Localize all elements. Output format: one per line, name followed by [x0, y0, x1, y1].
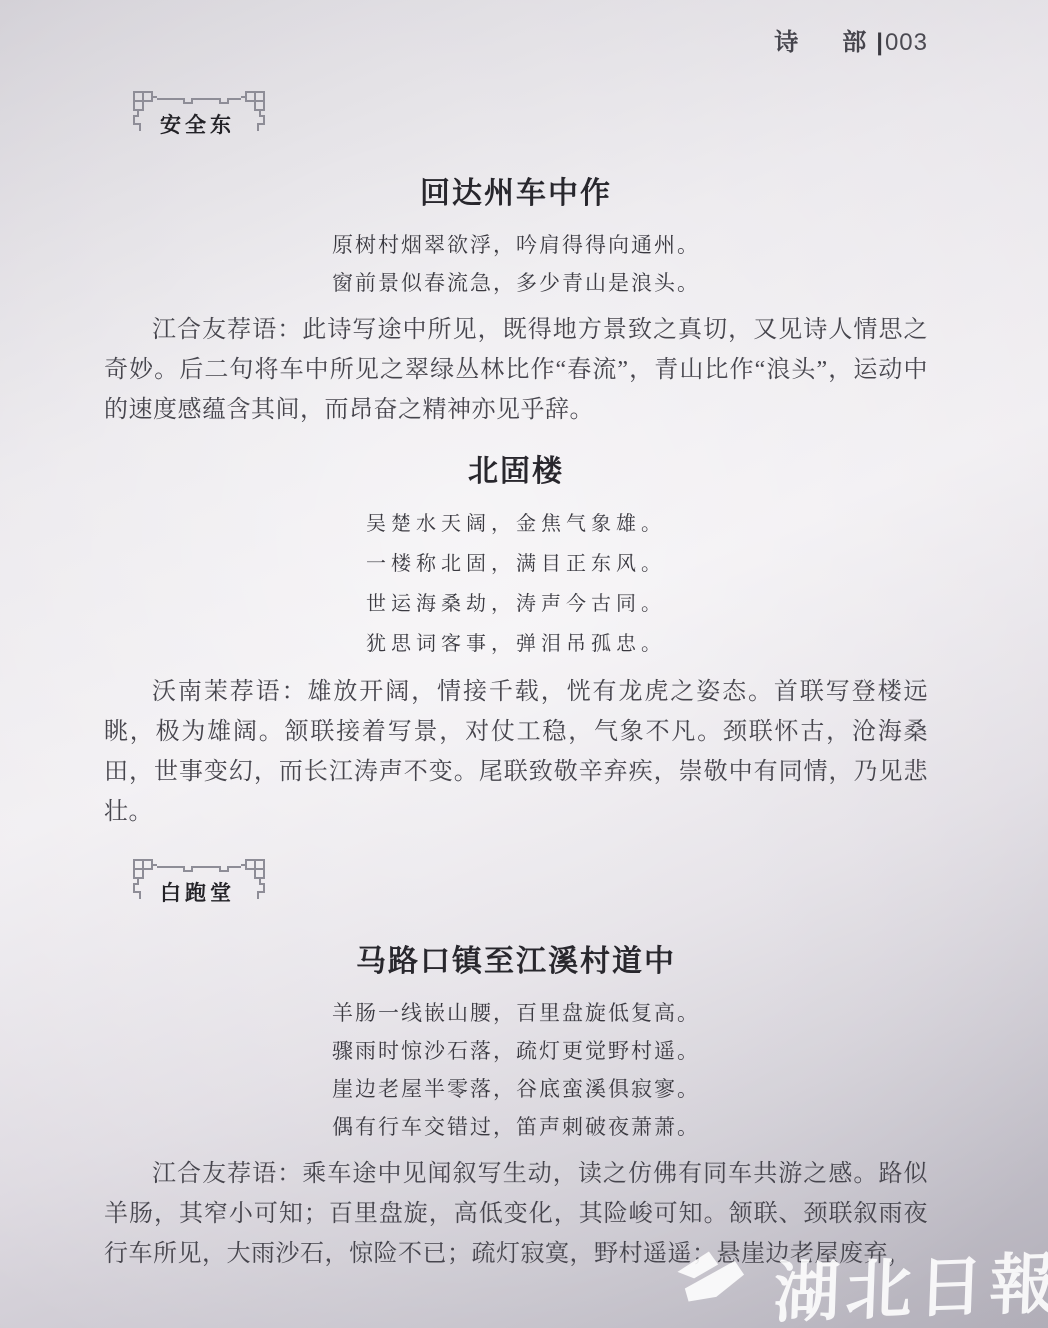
poem-line: 犹思词客事，弹泪吊孤忠。	[104, 624, 928, 664]
commentary: 沃南茉荐语：雄放开阔，情接千载，恍有龙虎之姿态。首联写登楼远眺，极为雄阔。颔联接…	[104, 672, 928, 832]
poem-line: 一楼称北固，满目正东风。	[104, 544, 928, 584]
author-frame: 安全东	[130, 90, 268, 148]
page-header: 诗 部|003	[104, 26, 928, 60]
poem-line: 吴楚水天阔，金焦气象雄。	[104, 504, 928, 544]
author-name: 安全东	[160, 109, 235, 139]
poem-title: 回达州车中作	[104, 174, 928, 214]
poem-line: 原树村烟翠欲浮，吟肩得得向通州。	[104, 226, 928, 264]
poem-line: 窗前景似春流急，多少青山是浪头。	[104, 264, 928, 302]
poem-body: 羊肠一线嵌山腰，百里盘旋低复高。 骤雨时惊沙石落，疏灯更觉野村遥。 崖边老屋半零…	[104, 994, 928, 1146]
author-name: 白跑堂	[160, 877, 235, 907]
commentary: 江合友荐语：乘车途中见闻叙写生动，读之仿佛有同车共游之感。路似羊肠，其窄小可知；…	[104, 1154, 928, 1274]
poem-title: 北固楼	[104, 452, 928, 492]
commentary: 江合友荐语：此诗写途中所见，既得地方景致之真切，又见诗人情思之奇妙。后二句将车中…	[104, 310, 928, 430]
header-divider: |	[876, 29, 883, 56]
section-label: 诗 部	[774, 29, 876, 56]
poem-line: 崖边老屋半零落，谷底蛮溪俱寂寥。	[104, 1070, 928, 1108]
poem-line: 偶有行车交错过，笛声刺破夜萧萧。	[104, 1108, 928, 1146]
author-frame: 白跑堂	[130, 858, 268, 916]
poem-line: 骤雨时惊沙石落，疏灯更觉野村遥。	[104, 1032, 928, 1070]
page-number: 003	[885, 29, 928, 56]
poem-body: 原树村烟翠欲浮，吟肩得得向通州。 窗前景似春流急，多少青山是浪头。	[104, 226, 928, 302]
book-page: 诗 部|003 安全东 回达州车中作 原树村烟翠欲浮，吟肩得得向通州。 窗前景似…	[0, 0, 1048, 1274]
poem-line: 羊肠一线嵌山腰，百里盘旋低复高。	[104, 994, 928, 1032]
poem-body: 吴楚水天阔，金焦气象雄。 一楼称北固，满目正东风。 世运海桑劫，涛声今古同。 犹…	[104, 504, 928, 664]
poem-title: 马路口镇至江溪村道中	[104, 942, 928, 982]
poem-line: 世运海桑劫，涛声今古同。	[104, 584, 928, 624]
